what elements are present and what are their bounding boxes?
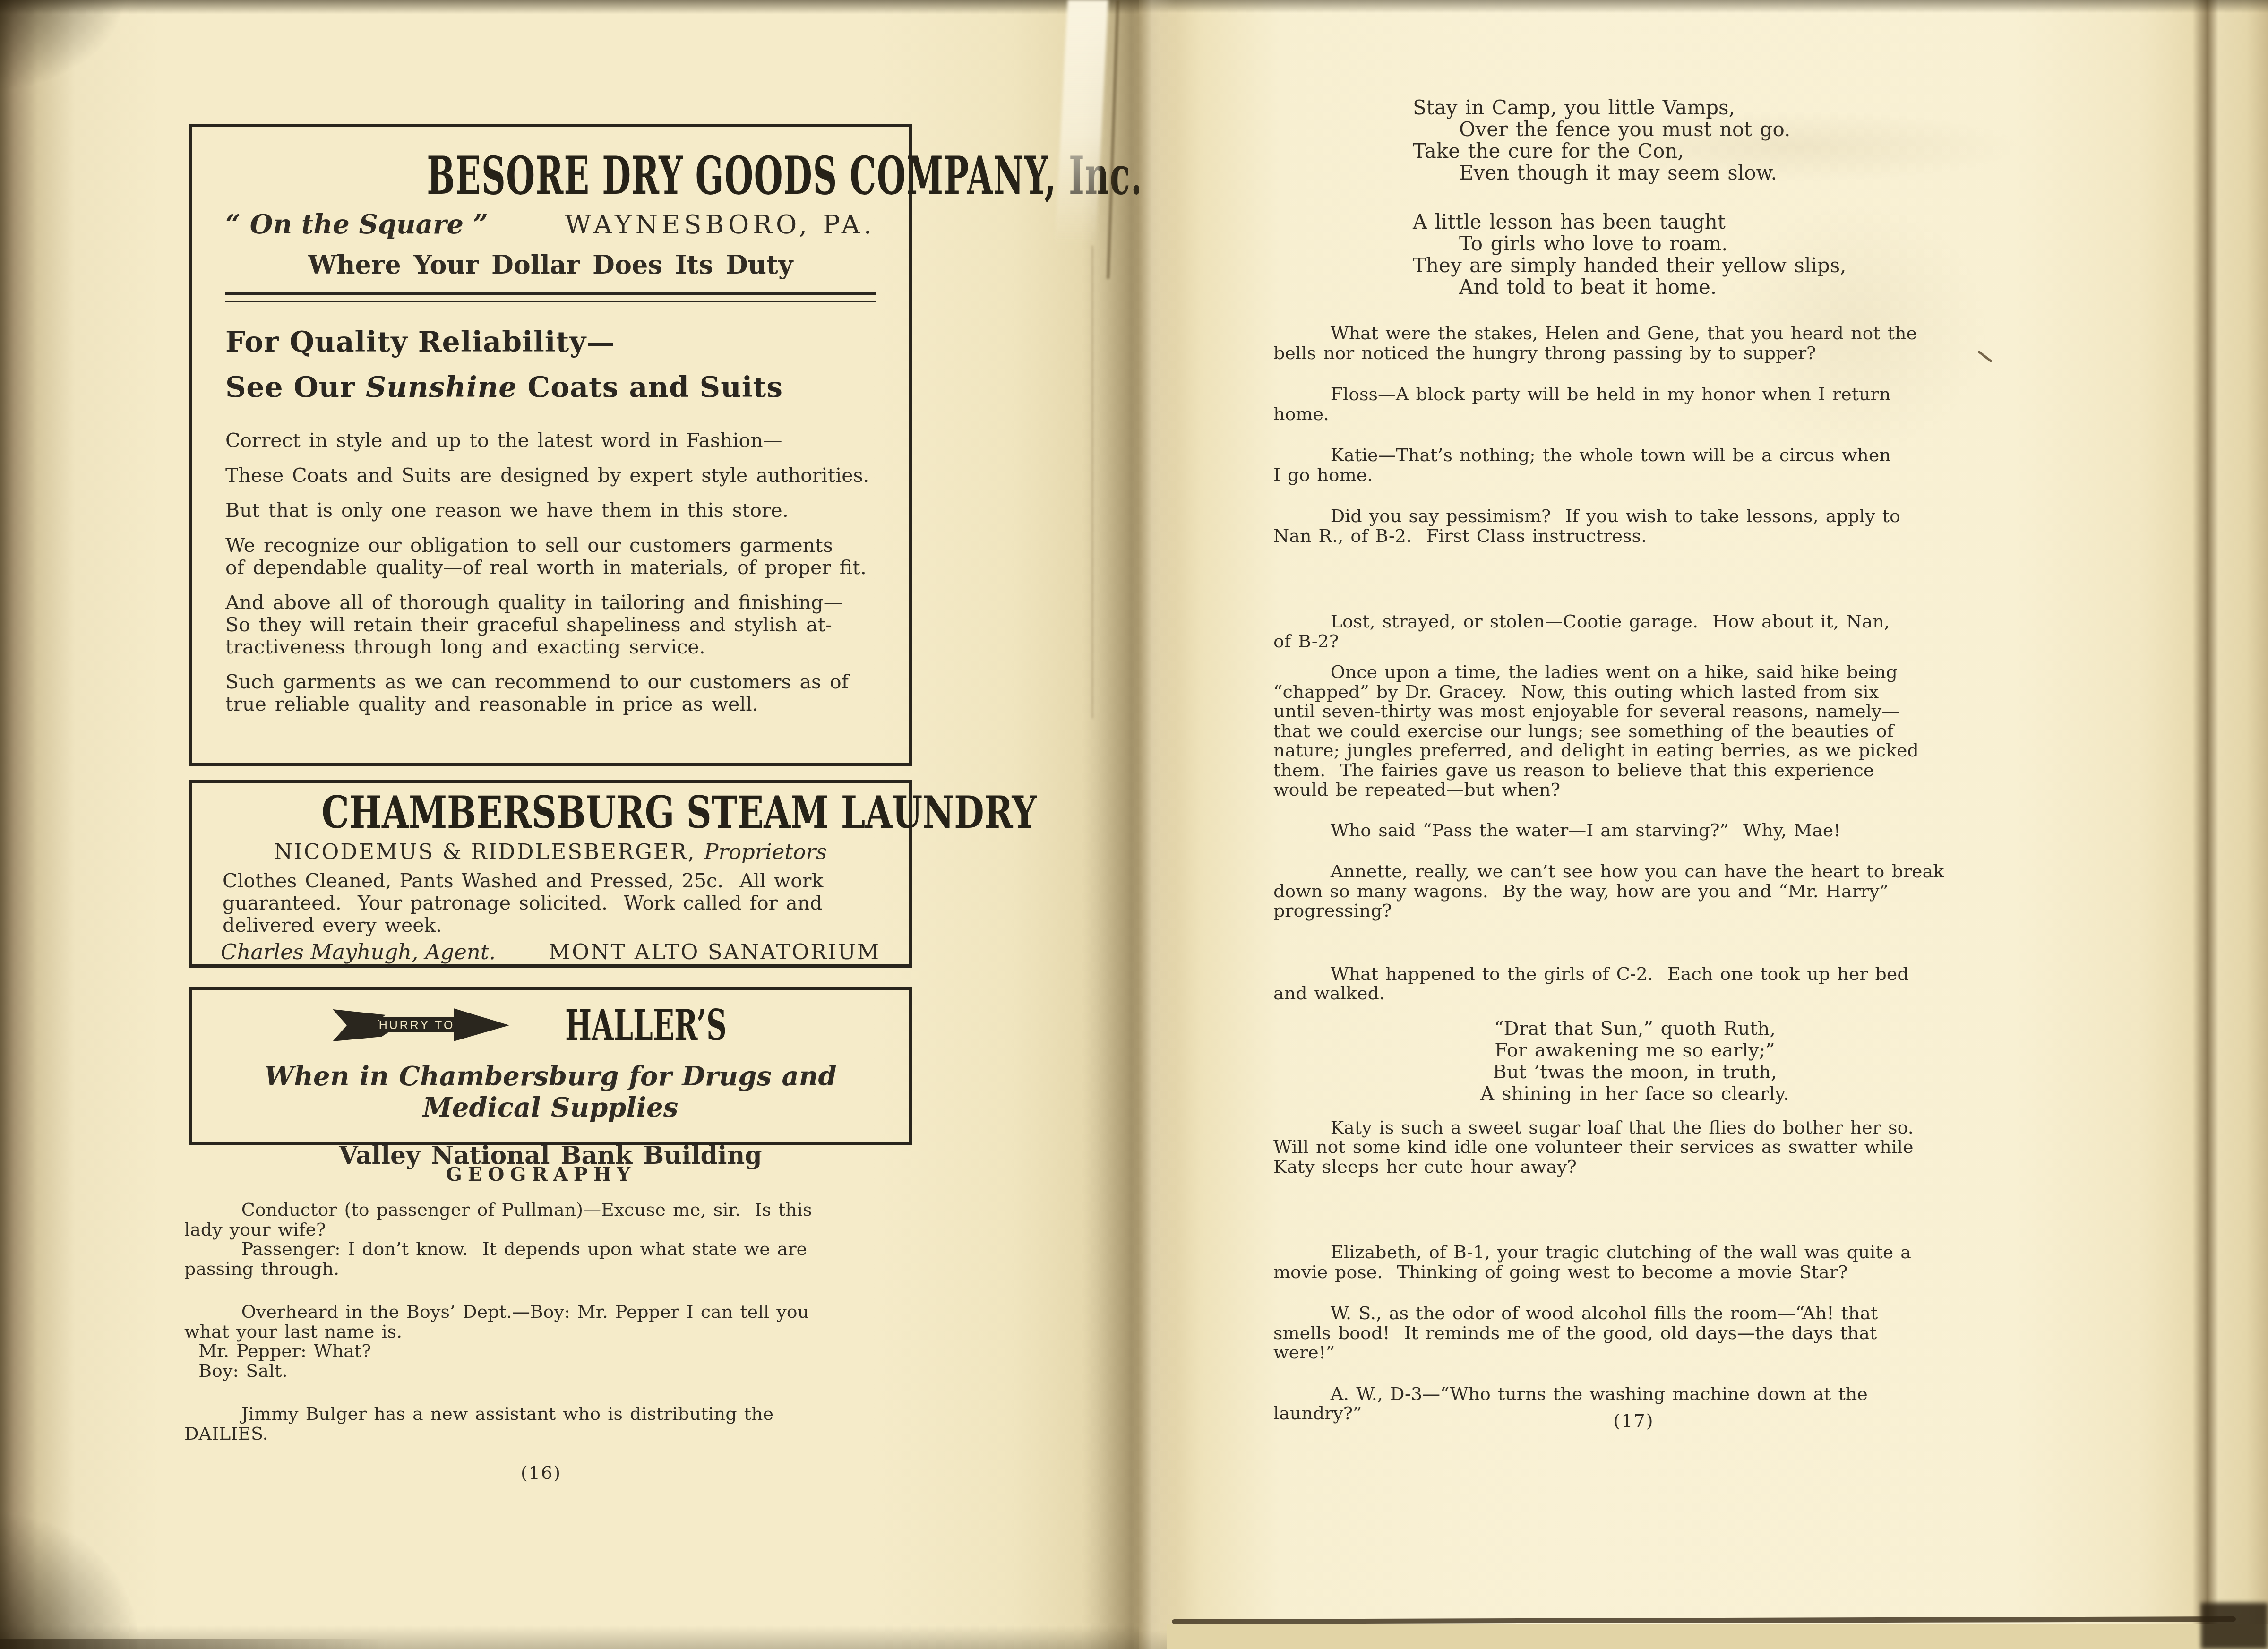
- text-line: These Coats and Suits are designed by ex…: [225, 464, 876, 487]
- ruth-verse: “Drat that Sun,” quoth Ruth,For awakenin…: [1273, 1018, 1996, 1105]
- show-through-smudge: [1720, 203, 1989, 454]
- laundry-ad: CHAMBERSBURG STEAM LAUNDRY NICODEMUS & R…: [189, 780, 912, 968]
- under-page-strip: [1167, 1624, 2268, 1649]
- text-line: Clothes Cleaned, Pants Washed and Presse…: [223, 870, 878, 892]
- text-line: down so many wagons. By the way, how are…: [1273, 882, 1996, 902]
- text-line: Jimmy Bulger has a new assistant who is …: [184, 1404, 900, 1424]
- joke-paragraph: Katy is such a sweet sugar loaf that the…: [1273, 1118, 1996, 1177]
- text-line: them. The fairies gave us reason to beli…: [1273, 761, 1996, 781]
- text-line: So they will retain their graceful shape…: [225, 614, 876, 636]
- text-line: Elizabeth, of B-1, your tragic clutching…: [1273, 1243, 1996, 1263]
- text-line: Who said “Pass the water—I am starving?”…: [1273, 821, 1996, 841]
- text-line: guaranteed. Your patronage solicited. Wo…: [223, 892, 878, 914]
- text-line: that we could exercise our lungs; see so…: [1273, 721, 1996, 741]
- text-line: Conductor (to passenger of Pullman)—Excu…: [184, 1200, 900, 1220]
- joke-paragraph: What happened to the girls of C-2. Each …: [1273, 964, 1996, 1004]
- laundry-agent: Charles Mayhugh, Agent.: [221, 939, 496, 964]
- joke-paragraph: Who said “Pass the water—I am starving?”…: [1273, 821, 1996, 841]
- text-line: and walked.: [1273, 984, 1996, 1004]
- text-line: “chapped” by Dr. Gracey. Now, this outin…: [1273, 682, 1996, 702]
- besore-paragraph: These Coats and Suits are designed by ex…: [225, 464, 876, 487]
- text-line: tractiveness through long and exacting s…: [225, 636, 876, 658]
- geography-section: Conductor (to passenger of Pullman)—Excu…: [184, 1200, 900, 1443]
- geography-paragraph: Conductor (to passenger of Pullman)—Excu…: [184, 1200, 900, 1279]
- laundry-agent-row: Charles Mayhugh, Agent. MONT ALTO SANATO…: [221, 939, 880, 964]
- hallers-line1: When in Chambersburg for Drugs and Medic…: [221, 1061, 880, 1123]
- hurry-to-label: HURRY TO: [379, 1019, 455, 1032]
- text-line: But that is only one reason we have them…: [225, 499, 876, 522]
- text-line: delivered every week.: [223, 914, 878, 936]
- text-line: nature; jungles preferred, and delight i…: [1273, 741, 1996, 761]
- double-rule-divider: [225, 292, 876, 302]
- joke-paragraph: Once upon a time, the ladies went on a h…: [1273, 662, 1996, 800]
- text-line: Will not some kind idle one volunteer th…: [1273, 1137, 1996, 1157]
- joke-paragraph: Lost, strayed, or stolen—Cootie garage. …: [1273, 612, 1996, 651]
- hallers-title-row: HURRY TO HALLER’S: [221, 1000, 880, 1050]
- text-line: Overheard in the Boys’ Dept.—Boy: Mr. Pe…: [184, 1302, 900, 1322]
- text-line: of B-2?: [1273, 632, 1996, 652]
- besore-tagline-city: WAYNESBORO, PA.: [565, 210, 876, 240]
- text-line: progressing?: [1273, 901, 1996, 921]
- geography-paragraph: Jimmy Bulger has a new assistant who is …: [184, 1404, 900, 1443]
- laundry-ad-title: CHAMBERSBURG STEAM LAUNDRY: [321, 789, 1036, 837]
- text-line: lady your wife?: [184, 1220, 900, 1240]
- besore-paragraph: Such garments as we can recommend to our…: [225, 671, 876, 715]
- text-line: would be repeated—but when?: [1273, 780, 1996, 800]
- joke-paragraph: Annette, really, we can’t see how you ca…: [1273, 862, 1996, 921]
- text-line: movie pose. Thinking of going west to be…: [1273, 1263, 1996, 1282]
- besore-paragraph: Correct in style and up to the latest wo…: [225, 429, 876, 452]
- geography-paragraph: Overheard in the Boys’ Dept.—Boy: Mr. Pe…: [184, 1302, 900, 1381]
- text-line: Lost, strayed, or stolen—Cootie garage. …: [1273, 612, 1996, 632]
- left-page: BESORE DRY GOODS COMPANY, Inc. “ On the …: [0, 0, 1139, 1649]
- besore-paragraph: But that is only one reason we have them…: [225, 499, 876, 522]
- text-line: We recognize our obligation to sell our …: [225, 534, 876, 557]
- text-line: And above all of thorough quality in tai…: [225, 592, 876, 614]
- hallers-ad-title: HALLER’S: [565, 1000, 727, 1050]
- text-line: true reliable quality and reasonable in …: [225, 693, 876, 715]
- laundry-body: Clothes Cleaned, Pants Washed and Presse…: [223, 870, 878, 936]
- besore-heading-line2-pre: See Our: [225, 371, 366, 404]
- besore-heading-line2-post: Coats and Suits: [517, 371, 783, 404]
- besore-heading-line1: For Quality Reliability—: [225, 326, 876, 359]
- besore-paragraph: We recognize our obligation to sell our …: [225, 534, 876, 579]
- text-line: I go home.: [1273, 465, 1996, 485]
- text-line: But ’twas the moon, in truth,: [1273, 1061, 1996, 1083]
- besore-paragraph: And above all of thorough quality in tai…: [225, 592, 876, 658]
- text-line: Once upon a time, the ladies went on a h…: [1273, 662, 1996, 682]
- laundry-proprietor-label: Proprietors: [704, 839, 827, 864]
- geography-heading: GEOGRAPHY: [184, 1163, 898, 1185]
- text-line: smells bood! It reminds me of the good, …: [1273, 1323, 1996, 1343]
- text-line: Katy sleeps her cute hour away?: [1273, 1157, 1996, 1177]
- fold-crease-line-faint: [1091, 246, 1093, 718]
- text-line: For awakening me so early;”: [1273, 1039, 1996, 1061]
- text-line: Did you say pessimism? If you wish to ta…: [1273, 507, 1996, 526]
- text-line: until seven-thirty was most enjoyable fo…: [1273, 702, 1996, 721]
- laundry-proprietors: NICODEMUS & RIDDLESBERGER, Proprietors: [221, 839, 880, 864]
- joke-paragraph: Elizabeth, of B-1, your tragic clutching…: [1273, 1243, 1996, 1282]
- laundry-proprietor-names: NICODEMUS & RIDDLESBERGER,: [274, 839, 704, 864]
- bottom-left-page-edge: [0, 1639, 387, 1649]
- right-page-number: (17): [1273, 1410, 1994, 1431]
- laundry-title-row: CHAMBERSBURG STEAM LAUNDRY: [221, 789, 880, 837]
- text-line: Boy: Salt.: [184, 1361, 900, 1381]
- joke-paragraph: W. S., as the odor of wood alcohol fills…: [1273, 1304, 1996, 1363]
- hallers-ad: HURRY TO HALLER’S When in Chambersburg f…: [189, 987, 912, 1145]
- joke-paragraph: Did you say pessimism? If you wish to ta…: [1273, 507, 1996, 546]
- text-line: Katy is such a sweet sugar loaf that the…: [1273, 1118, 1996, 1138]
- text-line: Annette, really, we can’t see how you ca…: [1273, 862, 1996, 882]
- text-line: Such garments as we can recommend to our…: [225, 671, 876, 693]
- show-through-smudge: [1569, 111, 2022, 182]
- besore-tagline-row: “ On the Square ” WAYNESBORO, PA.: [225, 209, 876, 240]
- besore-motto: Where Your Dollar Does Its Duty: [225, 249, 876, 280]
- text-line: were!”: [1273, 1343, 1996, 1363]
- besore-title-row: BESORE DRY GOODS COMPANY, Inc.: [225, 148, 876, 204]
- text-line: of dependable quality—of real worth in m…: [225, 557, 876, 579]
- text-line: What happened to the girls of C-2. Each …: [1273, 964, 1996, 984]
- laundry-location: MONT ALTO SANATORIUM: [549, 939, 880, 964]
- bottom-left-corner-shadow: [0, 1512, 142, 1649]
- besore-ad: BESORE DRY GOODS COMPANY, Inc. “ On the …: [189, 124, 912, 766]
- left-page-number: (16): [184, 1462, 898, 1483]
- text-line: A. W., D-3—“Who turns the washing machin…: [1273, 1384, 1996, 1404]
- besore-heading-line2: See Our Sunshine Coats and Suits: [225, 371, 876, 404]
- bottom-right-corner-shadow: [2201, 1603, 2268, 1649]
- text-line: Mr. Pepper: What?: [184, 1341, 900, 1361]
- besore-heading-line2-em: Sunshine: [366, 371, 517, 404]
- hurry-to-arrow-icon: HURRY TO: [333, 1004, 512, 1047]
- besore-body: Correct in style and up to the latest wo…: [225, 429, 876, 715]
- text-line: W. S., as the odor of wood alcohol fills…: [1273, 1304, 1996, 1323]
- text-line: “Drat that Sun,” quoth Ruth,: [1273, 1018, 1996, 1039]
- besore-ad-title: BESORE DRY GOODS COMPANY, Inc.: [427, 148, 1143, 204]
- besore-tagline-quote: “ On the Square ”: [225, 209, 488, 240]
- text-line: DAILIES.: [184, 1424, 900, 1444]
- text-line: A shining in her face so clearly.: [1273, 1083, 1996, 1105]
- text-line: what your last name is.: [184, 1322, 900, 1342]
- text-line: Correct in style and up to the latest wo…: [225, 429, 876, 452]
- scanned-booklet-photo: BESORE DRY GOODS COMPANY, Inc. “ On the …: [0, 0, 2268, 1649]
- text-line: Nan R., of B-2. First Class instructress…: [1273, 526, 1996, 546]
- text-line: Passenger: I don’t know. It depends upon…: [184, 1239, 900, 1259]
- text-line: passing through.: [184, 1259, 900, 1279]
